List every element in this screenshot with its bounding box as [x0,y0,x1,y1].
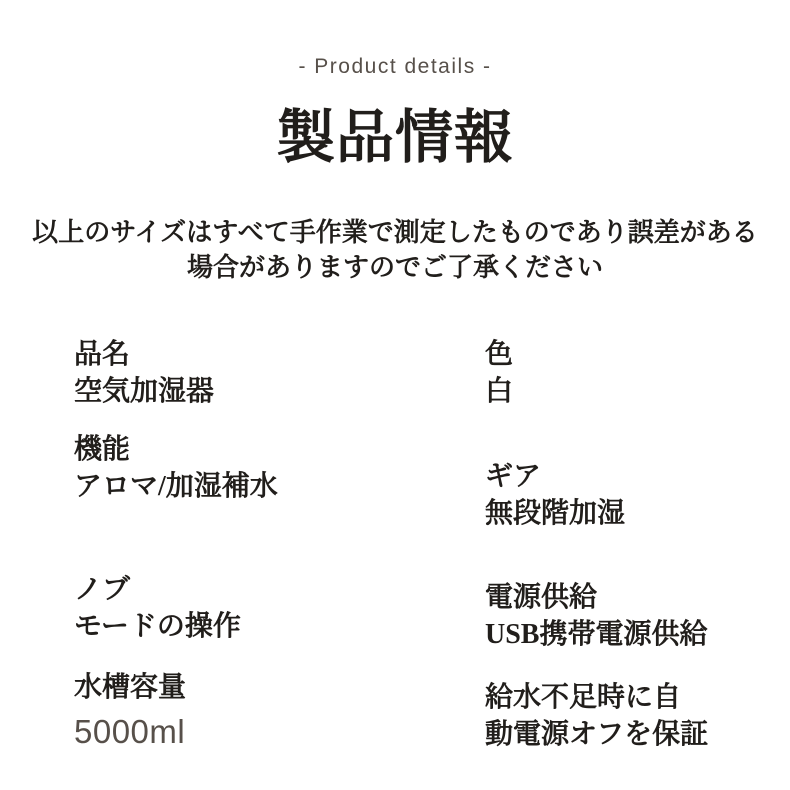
spec-power-supply-label: 電源供給 [485,580,707,617]
spec-function: 機能 アロマ/加湿補水 [74,432,278,506]
spec-tank-capacity-value: 5000ml [74,710,186,754]
spec-function-label: 機能 [74,432,278,469]
product-details-page: - Product details - 製品情報 以上のサイズはすべて手作業で測… [0,0,790,790]
spec-color-label: 色 [485,337,513,374]
spec-gear-label: ギア [485,459,625,496]
spec-power-supply: 電源供給 USB携帯電源供給 [485,580,707,654]
spec-knob: ノブ モードの操作 [74,572,241,646]
spec-product-name: 品名 空気加湿器 [74,337,214,411]
spec-gear: ギア 無段階加湿 [485,459,625,533]
spec-tank-capacity-label: 水槽容量 [74,670,186,707]
spec-power-supply-value: USB携帯電源供給 [485,617,707,654]
spec-auto-power-off-line-1: 給水不足時に自 [485,680,708,717]
size-disclaimer-line-2: 場合がありますのでご了承ください [0,250,790,285]
spec-knob-value: モードの操作 [74,609,241,646]
spec-knob-label: ノブ [74,572,241,609]
spec-product-name-label: 品名 [74,337,214,374]
spec-auto-power-off-line-2: 動電源オフを保証 [485,717,708,754]
page-title: 製品情報 [0,90,790,174]
spec-auto-power-off: 給水不足時に自 動電源オフを保証 [485,680,708,754]
spec-product-name-value: 空気加湿器 [74,374,214,411]
size-disclaimer: 以上のサイズはすべて手作業で測定したものであり誤差がある 場合がありますのでご了… [0,215,790,285]
size-disclaimer-line-1: 以上のサイズはすべて手作業で測定したものであり誤差がある [0,215,790,250]
spec-gear-value: 無段階加湿 [485,496,625,533]
spec-color: 色 白 [485,337,513,411]
spec-tank-capacity: 水槽容量 5000ml [74,670,186,754]
spec-function-value: アロマ/加湿補水 [74,469,278,506]
section-subtitle: - Product details - [0,55,790,79]
spec-color-value: 白 [485,374,513,411]
